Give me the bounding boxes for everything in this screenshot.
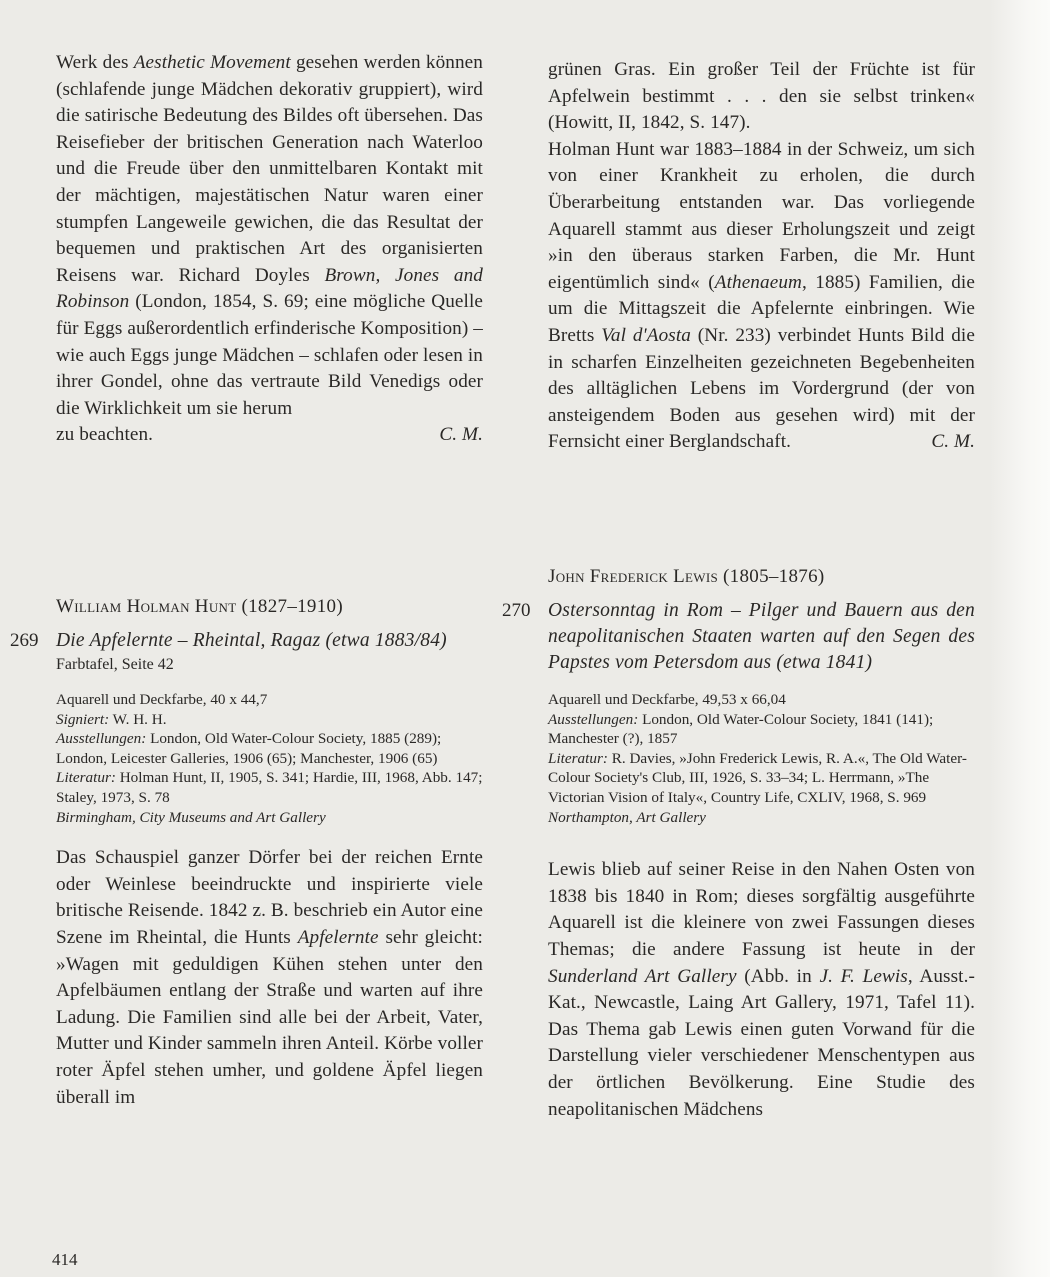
left-continuation-text: Werk des Aesthetic Movement gesehen werd… (56, 50, 483, 449)
catalogue-entry-270: John Frederick Lewis (1805–1876) 270 Ost… (548, 566, 975, 1123)
catalogue-entry-269: William Holman Hunt (1827–1910) 269 Die … (56, 596, 483, 1111)
literature-label: Literatur: (56, 769, 116, 786)
entry-header: 270 Ostersonntag in Rom – Pilger und Bau… (548, 598, 975, 676)
medium-dimensions: Aquarell und Deckfarbe, 49,53 x 66,04 (548, 690, 975, 710)
literature-value: R. Davies, »John Frederick Lewis, R. A.«… (548, 750, 967, 806)
author-initials: C. M. (931, 429, 975, 456)
artist-heading: William Holman Hunt (1827–1910) (56, 596, 483, 618)
author-initials: C. M. (439, 422, 483, 449)
exhibitions-line: Ausstellungen: London, Old Water-Colour … (56, 729, 483, 768)
entry-header: 269 Die Apfelernte – Rheintal, Ragaz (et… (56, 628, 483, 676)
medium-dimensions: Aquarell und Deckfarbe, 40 x 44,7 (56, 690, 483, 710)
entry-title: Die Apfelernte – Rheintal, Ragaz (etwa 1… (56, 628, 483, 654)
italic-run: J. F. Lewis (819, 966, 907, 987)
entry-269-essay: Das Schauspiel ganzer Dörfer bei der rei… (56, 845, 483, 1111)
color-plate-reference: Farbtafel, Seite 42 (56, 654, 483, 676)
italic-run: Sunderland Art Gallery (548, 966, 737, 987)
left-column: Werk des Aesthetic Movement gesehen werd… (56, 50, 483, 449)
page-number: 414 (52, 1250, 78, 1270)
literature-value: Holman Hunt, II, 1905, S. 341; Hardie, I… (56, 769, 483, 806)
right-continuation-text: grünen Gras. Ein großer Teil der Früchte… (548, 57, 975, 456)
italic-run: Val d'Aosta (601, 325, 691, 346)
collection-location: Birmingham, City Museums and Art Gallery (56, 808, 483, 828)
entry-metadata: Aquarell und Deckfarbe, 49,53 x 66,04 Au… (548, 690, 975, 827)
text-run: Werk des (56, 52, 134, 73)
entry-title: Ostersonntag in Rom – Pilger und Bauern … (548, 598, 975, 676)
signed-value: W. H. H. (109, 711, 166, 728)
italic-run: Athenaeum (715, 272, 802, 293)
text-run: Lewis blieb auf seiner Reise in den Nahe… (548, 859, 975, 960)
exhibitions-label: Ausstellungen: (56, 730, 146, 747)
left-signature-line: zu beachten. C. M. (56, 422, 483, 449)
closing-words: zu beachten. (56, 422, 153, 449)
entry-number: 269 (10, 628, 39, 654)
literature-line: Literatur: Holman Hunt, II, 1905, S. 341… (56, 768, 483, 807)
artist-heading: John Frederick Lewis (1805–1876) (548, 566, 975, 588)
signed-label: Signiert: (56, 711, 109, 728)
literature-line: Literatur: R. Davies, »John Frederick Le… (548, 749, 975, 808)
right-column: grünen Gras. Ein großer Teil der Früchte… (548, 57, 975, 456)
entry-metadata: Aquarell und Deckfarbe, 40 x 44,7 Signie… (56, 690, 483, 827)
signed-line: Signiert: W. H. H. (56, 710, 483, 730)
text-run: grünen Gras. Ein großer Teil der Früchte… (548, 59, 975, 133)
italic-run: Aesthetic Movement (134, 52, 291, 73)
text-run: gesehen werden können (schlafende junge … (56, 52, 483, 286)
literature-label: Literatur: (548, 750, 608, 767)
text-run: (Abb. in (737, 966, 820, 987)
text-run: sehr gleicht: »Wagen mit geduldigen Kühe… (56, 927, 483, 1108)
exhibitions-line: Ausstellungen: London, Old Water-Colour … (548, 710, 975, 749)
text-run: , Ausst.-Kat., Newcastle, Laing Art Gall… (548, 966, 975, 1120)
text-run: Holman Hunt war 1883–1884 in der Schweiz… (548, 139, 975, 293)
collection-location: Northampton, Art Gallery (548, 808, 975, 828)
entry-number: 270 (502, 598, 531, 624)
page-edge-shadow (990, 0, 1050, 1277)
entry-270-essay: Lewis blieb auf seiner Reise in den Nahe… (548, 857, 975, 1123)
italic-run: Apfelernte (298, 927, 379, 948)
exhibitions-label: Ausstellungen: (548, 711, 638, 728)
